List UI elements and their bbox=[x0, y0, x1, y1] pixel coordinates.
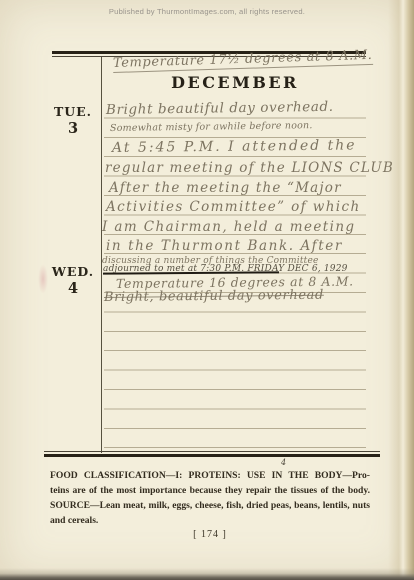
day-number-4: 4 bbox=[46, 280, 100, 297]
footer-line-4: and cereals. bbox=[50, 513, 370, 528]
handwritten-entry-line-6: in the Thurmont Bank. After bbox=[106, 238, 343, 254]
ink-smudge bbox=[38, 264, 48, 294]
month-heading: DECEMBER bbox=[104, 73, 366, 92]
handwritten-entry-line-3: After the meeting the “Major bbox=[109, 180, 342, 196]
handwritten-weather-dec4: Bright, beautiful day overhead bbox=[104, 288, 324, 305]
book-page-bottom-edge bbox=[0, 568, 414, 580]
day-number-3: 3 bbox=[46, 120, 100, 137]
stray-pen-mark: 4 bbox=[281, 458, 286, 467]
day-label-tuesday: TUE. 3 bbox=[46, 104, 100, 137]
handwritten-weather-dec3: Bright beautiful day overhead. bbox=[106, 99, 334, 118]
frame-bottom-thick-rule bbox=[44, 454, 380, 457]
footer-line-2: teins are of the most importance because… bbox=[50, 483, 370, 498]
page-number: [ 174 ] bbox=[50, 529, 370, 540]
day-label-wednesday: WED. 4 bbox=[46, 264, 100, 297]
watermark-text: Published by ThurmontImages.com, all rig… bbox=[0, 7, 414, 16]
handwritten-entry-line-1: At 5:45 P.M. I attended the bbox=[112, 137, 357, 156]
food-classification-note: FOOD CLASSIFICATION—I: PROTEINS: USE IN … bbox=[50, 468, 370, 528]
frame-bottom-thin-rule bbox=[44, 451, 380, 452]
day-abbr-wed: WED. bbox=[46, 264, 100, 279]
day-column-divider bbox=[101, 57, 102, 453]
footer-line-1: FOOD CLASSIFICATION—I: PROTEINS: USE IN … bbox=[50, 468, 370, 483]
handwritten-entry-line-5: I am Chairman, held a meeting bbox=[102, 219, 355, 235]
handwritten-entry-line-2: regular meeting of the LIONS CLUB bbox=[105, 160, 394, 176]
book-page-right-edge bbox=[388, 0, 414, 580]
footer-line-3: SOURCE—Lean meat, milk, eggs, cheese, fi… bbox=[50, 498, 370, 513]
day-abbr-tue: TUE. bbox=[46, 104, 100, 119]
handwritten-entry-line-4: Activities Committee” of which bbox=[106, 199, 361, 215]
